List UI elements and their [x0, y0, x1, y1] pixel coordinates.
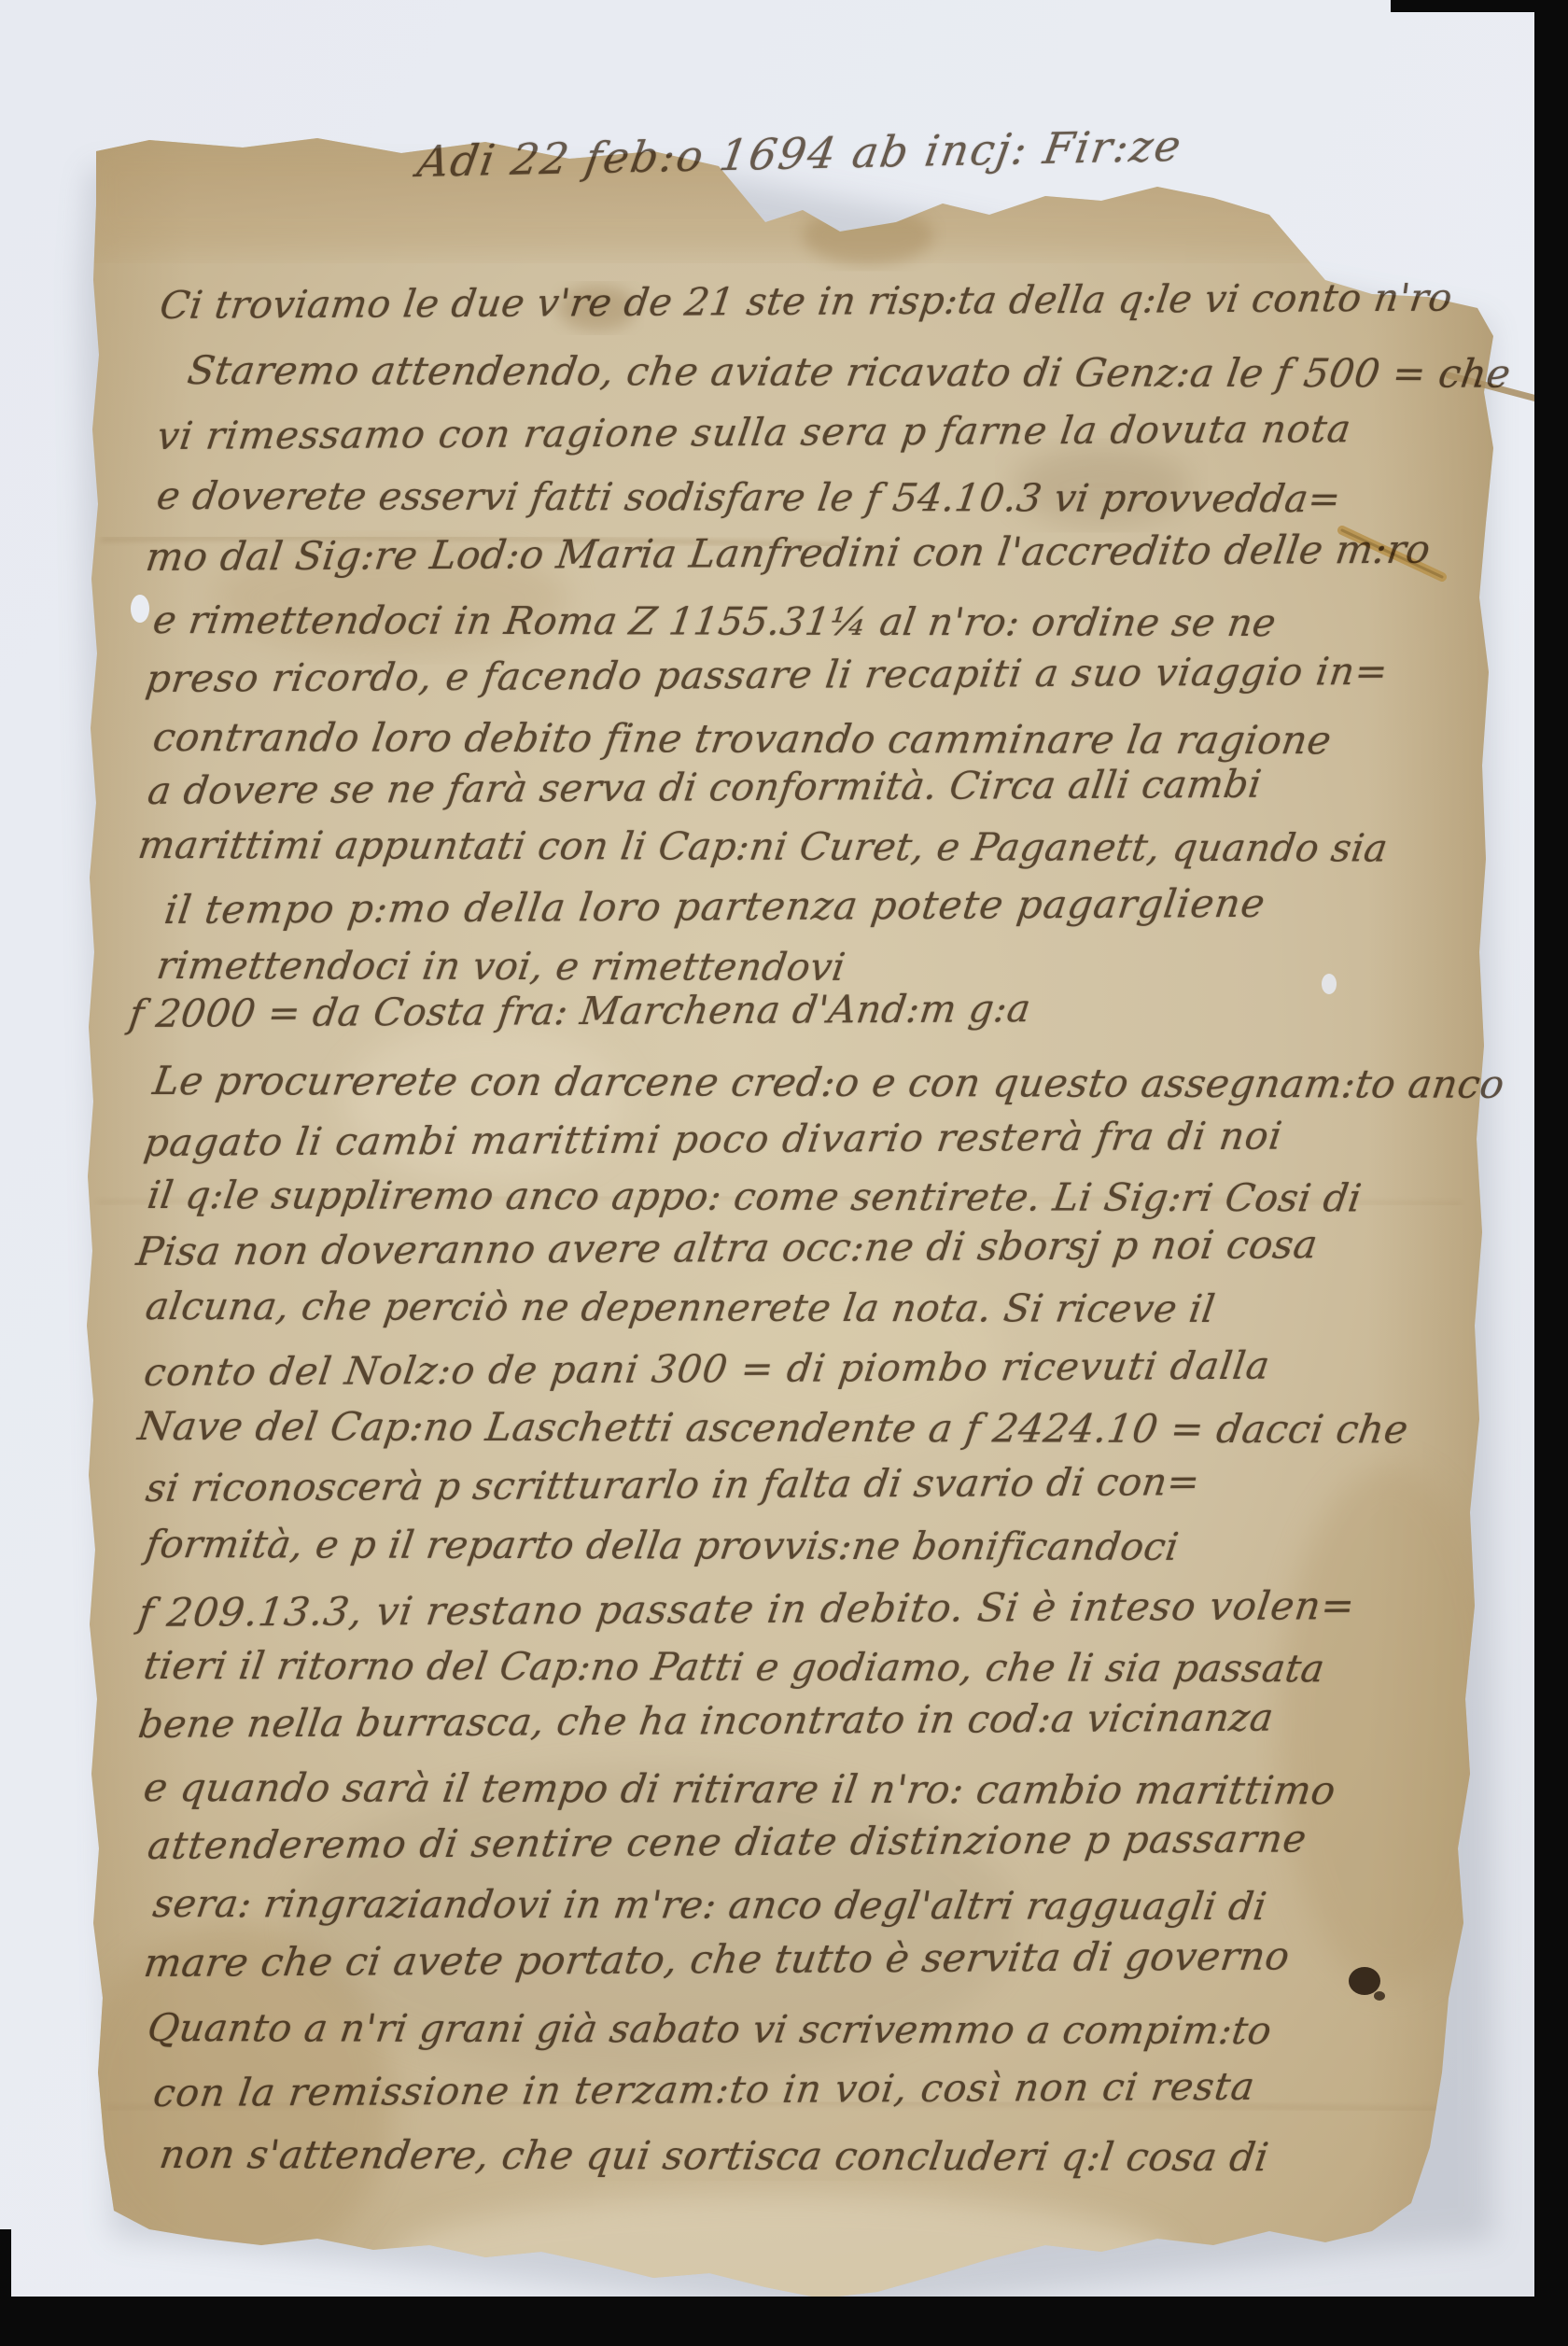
manuscript-line: e doverete esservi fatti sodisfare le f …	[154, 473, 1344, 521]
manuscript-line: f 2000 = da Costa fra: Marchena d'And:m …	[127, 986, 1034, 1036]
manuscript-line: attenderemo di sentire cene diate distin…	[146, 1816, 1310, 1868]
manuscript-line: Nave del Cap:no Laschetti ascendente a f…	[135, 1403, 1411, 1453]
manuscript-line: conto del Nolz:o de pani 300 = di piombo…	[142, 1343, 1273, 1395]
manuscript-text: Adi 22 feb:o 1694 ab incj: Fir:ze Ci tro…	[0, 0, 1568, 2346]
manuscript-line: formità, e p il reparto della provvis:ne…	[143, 1522, 1182, 1569]
manuscript-line: mare che ci avete portato, che tutto è s…	[141, 1933, 1292, 1986]
manuscript-line: con la remissione in terzam:to in voi, c…	[151, 2064, 1258, 2115]
manuscript-line: non s'attendere, che qui sortisca conclu…	[157, 2131, 1271, 2180]
manuscript-line: marittimi appuntati con li Cap:ni Curet,…	[135, 822, 1391, 871]
manuscript-line: preso ricordo, e facendo passare li reca…	[144, 649, 1392, 701]
manuscript-line: il q:le suppliremo anco appo: come senti…	[145, 1173, 1365, 1220]
manuscript-line: si riconoscerà p scritturarlo in falta d…	[144, 1459, 1203, 1510]
manuscript-line: vi rimessamo con ragione sulla sera p fa…	[155, 406, 1354, 458]
manuscript-line: f 209.13.3, vi restano passate in debito…	[135, 1582, 1358, 1636]
manuscript-line: rimettendoci in voi, e rimettendovi	[154, 943, 848, 990]
manuscript-line: Quanto a n'ri grani già sabato vi scrive…	[145, 2005, 1275, 2053]
manuscript-line: Pisa non doveranno avere altra occ:ne di…	[133, 1221, 1320, 1274]
manuscript-dateline: Adi 22 feb:o 1694 ab incj: Fir:ze	[414, 120, 1186, 187]
photo-of-manuscript: Adi 22 feb:o 1694 ab incj: Fir:ze Ci tro…	[0, 0, 1568, 2346]
manuscript-line: tieri il ritorno del Cap:no Patti e godi…	[141, 1643, 1327, 1691]
manuscript-line: il tempo p:mo della loro partenza potete…	[161, 880, 1268, 933]
manuscript-line: Le procurerete con darcene cred:o e con …	[150, 1058, 1507, 1107]
manuscript-line: pagato li cambi marittimi poco divario r…	[142, 1114, 1286, 1165]
manuscript-line: Ci troviamo le due v're de 21 ste in ris…	[158, 275, 1456, 328]
manuscript-line: contrando loro debito fine trovando camm…	[150, 714, 1335, 763]
manuscript-line: mo dal Sig:re Lod:o Maria Lanfredini con…	[143, 527, 1433, 580]
manuscript-line: e quando sarà il tempo di ritirare il n'…	[141, 1764, 1338, 1813]
manuscript-line: bene nella burrasca, che ha incontrato i…	[136, 1695, 1277, 1747]
manuscript-line: e rimettendoci in Roma Z 1155.31¼ al n'r…	[150, 597, 1279, 645]
manuscript-line: alcuna, che perciò ne depennerete la not…	[143, 1284, 1218, 1331]
manuscript-line: a dovere se ne farà serva di conformità.…	[146, 762, 1265, 813]
manuscript-line: Staremo attendendo, che aviate ricavato …	[185, 347, 1514, 397]
manuscript-line: sera: ringraziandovi in m're: anco degl'…	[150, 1881, 1269, 1929]
